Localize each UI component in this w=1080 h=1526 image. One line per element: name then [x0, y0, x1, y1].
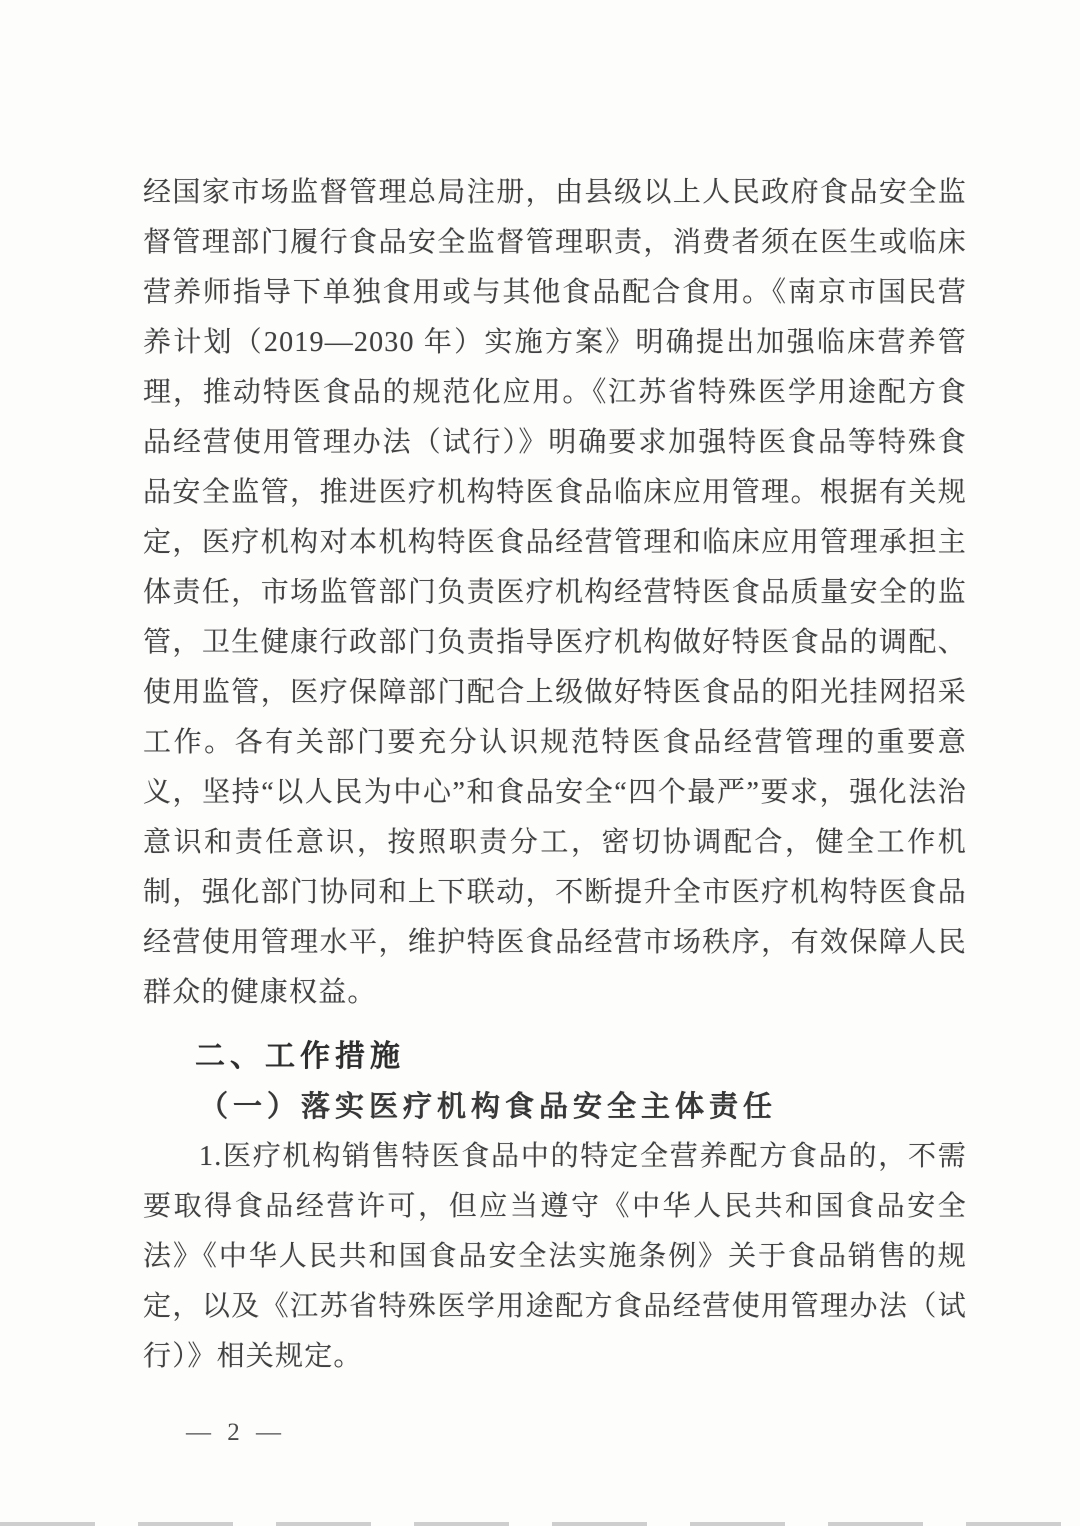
item-paragraph: 1.医疗机构销售特医食品中的特定全营养配方食品的，不需要取得食品经营许可，但应当… — [143, 1132, 967, 1382]
paragraph-continuation: 经国家市场监督管理总局注册，由县级以上人民政府食品安全监督管理部门履行食品安全监… — [143, 168, 967, 1018]
scanned-document-page: 经国家市场监督管理总局注册，由县级以上人民政府食品安全监督管理部门履行食品安全监… — [0, 0, 1080, 1526]
subsection-heading: （一）落实医疗机构食品安全主体责任 — [143, 1082, 967, 1132]
scan-edge-artifact — [0, 1522, 1080, 1526]
page-number: — 2 — — [186, 1418, 286, 1448]
document-body: 经国家市场监督管理总局注册，由县级以上人民政府食品安全监督管理部门履行食品安全监… — [143, 168, 967, 1382]
section-heading: 二、工作措施 — [143, 1032, 967, 1082]
